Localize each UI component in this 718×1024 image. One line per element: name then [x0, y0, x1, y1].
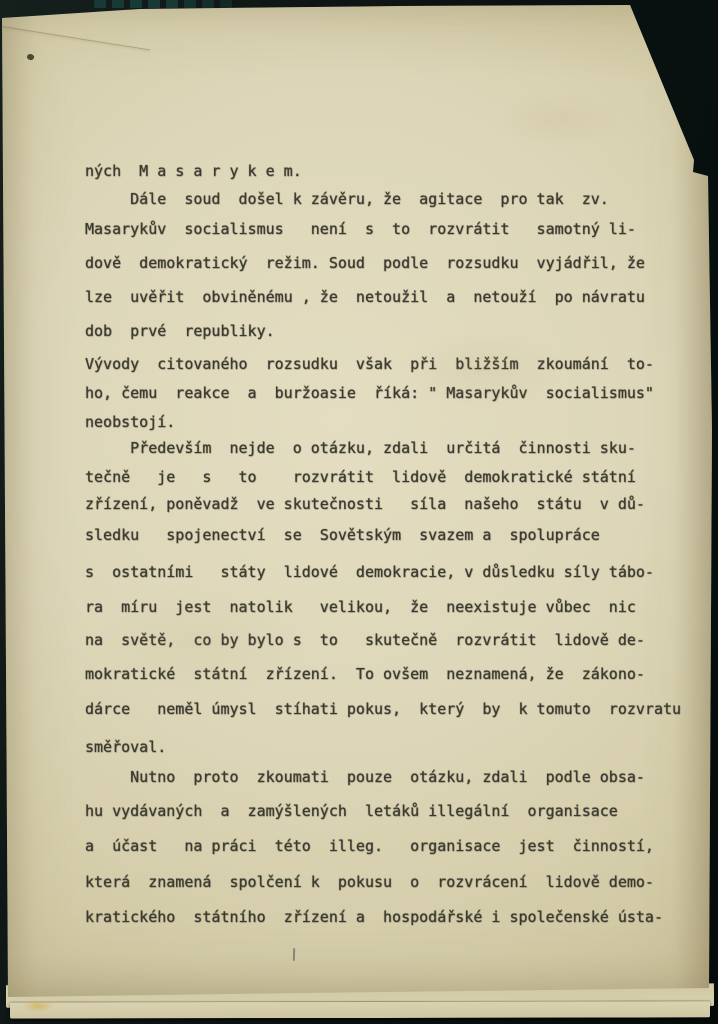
text-line: dob prvé republiky. — [85, 322, 275, 340]
text-line: která znamená spolčení k pokusu o rozvrá… — [85, 873, 654, 891]
pencil-mark — [293, 948, 295, 961]
text-line: na světě, co by bylo s to skutečně rozvr… — [85, 631, 645, 649]
document-page: ných M a s a r y k e m. Dále soud došel … — [0, 0, 718, 1000]
paper-stain — [22, 1000, 54, 1012]
text-line: hu vydávaných a zamýšlených letáků illeg… — [85, 802, 618, 820]
text-line: a účast na práci této illeg. organisace … — [85, 837, 654, 855]
text-line: ho, čemu reakce a buržoasie říká: " Masa… — [85, 384, 654, 402]
ink-speck — [26, 53, 35, 62]
text-line: Vývody citovaného rozsudku však při bliž… — [85, 355, 654, 373]
text-line: ra míru jest natolik velikou, že neexist… — [85, 598, 636, 616]
text-line: dově demokratický režim. Soud podle rozs… — [85, 254, 645, 272]
typewritten-text: ných M a s a r y k e m. Dále soud došel … — [0, 0, 718, 1000]
text-line: tečně je s to rozvrátit lidově demokrati… — [85, 468, 636, 486]
text-line: sledku spojenectví se Sovětským svazem a… — [85, 526, 600, 544]
text-line: zřízení, poněvadž ve skutečnosti síla na… — [85, 495, 645, 513]
text-line: mokratické státní zřízení. To ovšem nezn… — [85, 665, 645, 683]
text-line: směřoval. — [85, 738, 166, 756]
text-line: neobstojí. — [85, 413, 175, 431]
text-line: Především nejde o otázku, zdali určitá č… — [85, 439, 636, 457]
text-line: Dále soud došel k závěru, že agitace pro… — [85, 190, 609, 208]
text-line: Nutno proto zkoumati pouze otázku, zdali… — [85, 768, 645, 786]
text-line: Masarykův socialismus není s to rozvráti… — [85, 220, 636, 238]
text-line: lze uvěřit obviněnému , že netoužil a ne… — [85, 288, 645, 306]
text-line: ných M a s a r y k e m. — [85, 162, 302, 180]
text-line: kratického státního zřízení a hospodářsk… — [85, 908, 663, 926]
text-line: dárce neměl úmysl stíhati pokus, který b… — [85, 700, 681, 718]
photo-frame: ných M a s a r y k e m. Dále soud došel … — [0, 0, 718, 1024]
text-line: s ostatními státy lidové demokracie, v d… — [85, 563, 654, 581]
film-sprocket-marks — [94, 0, 232, 8]
paper-stack-edge — [10, 1000, 710, 1018]
